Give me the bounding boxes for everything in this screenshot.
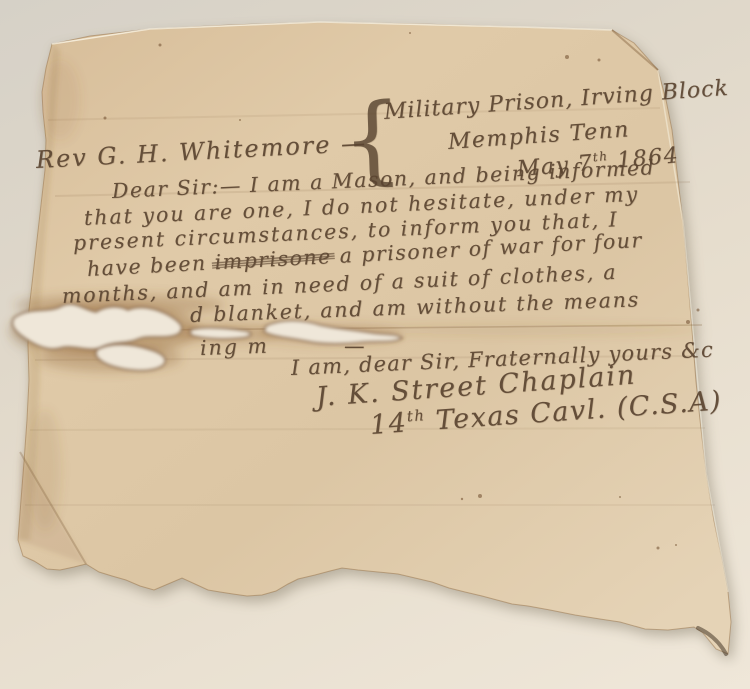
tear-holes xyxy=(0,0,750,689)
hole-lower-lobe xyxy=(96,344,165,370)
hole-large-left xyxy=(12,304,181,349)
hole-sliver-middle xyxy=(190,328,251,339)
hole-right xyxy=(264,321,402,344)
bottom-right-curl-shadow xyxy=(698,628,726,654)
photo-of-letter: { Military Prison, Irving Block Memphis … xyxy=(0,0,750,689)
